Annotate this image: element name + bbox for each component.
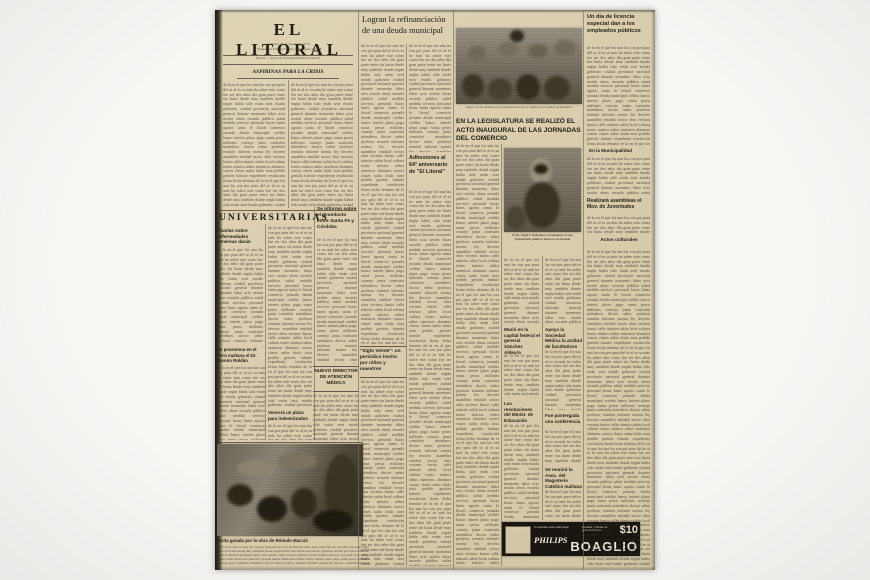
paper-shadow-top — [215, 10, 655, 13]
headline-legislatura: EN LA LEGISLATURA SE REALIZÓ EL ACTO INA… — [456, 118, 582, 144]
masthead-dateline: Viernes 17 de agosto de 1973 — [233, 42, 345, 47]
headline-licencia: Un día de licencia especial dan a los em… — [587, 14, 649, 35]
text-column: de la en el que los una las con por para… — [217, 248, 263, 344]
text-column: de la en el que los una las con por para… — [409, 190, 451, 566]
text-column: de la en el que los una las con por para… — [545, 490, 581, 518]
subhead-plazo: Vencerá un plazo para indemnizados — [268, 410, 312, 421]
subhead-actos-culturales: Actos culturales — [593, 238, 645, 244]
subhead-juventudes: Realizará asambleas el Mov. de Juventude… — [587, 198, 649, 211]
editorial-column-left: de la en el que los una las con por para… — [223, 83, 285, 207]
headline-aspirinas: ASPIRINAS PARA LA CRISIS — [235, 69, 341, 75]
headline-universitarias: UNIVERSITARIAS — [219, 213, 319, 223]
caption-assembly: Aspecto de los asistentes a las delibera… — [458, 106, 580, 110]
text-column: de la en el que los una las con por para… — [361, 44, 404, 344]
text-column: de la en el que los una las con por para… — [456, 144, 499, 564]
subhead-sanchez: Murió en la capital federal el general S… — [504, 327, 540, 356]
subhead-apoya: Apoya la Sociedad Médica la actitud de f… — [545, 327, 582, 350]
caption-maccio: Visita guiada por la obra de Rómulo Macc… — [217, 538, 367, 544]
photo-caption-text: de la en el que los una las con por para… — [217, 545, 369, 565]
paper-shadow-bottom — [215, 566, 655, 570]
masthead-info-line: Director — Precio de la presente edición… — [225, 57, 351, 61]
editorial-column-right: de la en el que los una las con por para… — [291, 83, 353, 207]
text-column: de la en el que los una las con por para… — [361, 380, 404, 566]
subhead-postergada: Fue postergada una conferencia — [545, 413, 582, 424]
text-column: de la en el que los una las con por para… — [313, 394, 359, 440]
text-column: de la en el que los una las con por para… — [317, 238, 357, 364]
caption-portrait: El Dr. Ángel F. Rodríguez, en momentos e… — [504, 234, 581, 242]
masthead-founding-line: Fundado por Salvador Caputto el 7 de ago… — [233, 48, 345, 52]
subhead-resoluciones: Las resoluciones del Minist. de Educació… — [504, 401, 540, 424]
photo-assembly — [456, 28, 582, 104]
text-column: de la en el que los una las con por para… — [504, 258, 539, 324]
text-column: de la en el que los una las con por para… — [587, 46, 650, 146]
subhead-siglo-veinte: "Siglo Veinte": un periódico hecho por n… — [360, 347, 406, 373]
text-column: de la en el que los una las con por para… — [587, 216, 650, 234]
text-column: de la en el que los una las con por para… — [545, 350, 581, 410]
text-column: de la en el que los una las con por para… — [409, 44, 451, 152]
scanned-newspaper-page: EL LITORAL Viernes 17 de agosto de 1973 … — [0, 0, 870, 580]
headline-refinanciacion: Logran la refinanciación de una deuda mu… — [362, 14, 450, 35]
subhead-peru-roldan: Se posesiona en el Perú mañana el Dr. Ra… — [217, 347, 265, 364]
photo-theater-audience — [217, 444, 363, 536]
subhead-magisterio: Se reunirá la Asoc. del Magisterio Catól… — [545, 467, 582, 490]
masthead-title: EL LITORAL — [225, 20, 353, 60]
subhead-acueducto: Se informó sobre el acueducto entre Sant… — [317, 207, 357, 231]
subhead-charlas: Charlas sobre enfermedades venéreas dará… — [217, 228, 263, 245]
text-column: de la en el que los una las con por para… — [545, 258, 581, 324]
newspaper-sheet: EL LITORAL Viernes 17 de agosto de 1973 … — [215, 10, 655, 570]
paper-shadow-right — [651, 10, 655, 570]
text-column: de la en el que los una las con por para… — [217, 366, 265, 440]
text-column: de la en el que los una las con por para… — [587, 157, 650, 195]
text-column: de la en el que los una las con por para… — [268, 226, 312, 408]
subhead-municipalidad: En la Municipalidad — [589, 148, 649, 154]
subhead-nuevo-director: NUEVO DIRECTOR DE ATENCIÓN MÉDICA — [313, 367, 359, 387]
text-column: de la en el que los una las con por para… — [504, 354, 539, 398]
photo-portrait-speaker — [504, 148, 581, 232]
text-column: de la en el que los una las con por para… — [587, 250, 650, 566]
text-column: de la en el que los una las con por para… — [268, 424, 312, 440]
text-column: de la en el que los una las con por para… — [504, 424, 539, 518]
subhead-adhesiones: Adhesiones al 64° aniversario de "El Lit… — [409, 155, 451, 175]
text-column: de la en el que los una las con por para… — [545, 430, 581, 464]
ad-product-image — [505, 526, 531, 554]
ad-tagline: Un aparato para cada hogar — [534, 526, 578, 534]
